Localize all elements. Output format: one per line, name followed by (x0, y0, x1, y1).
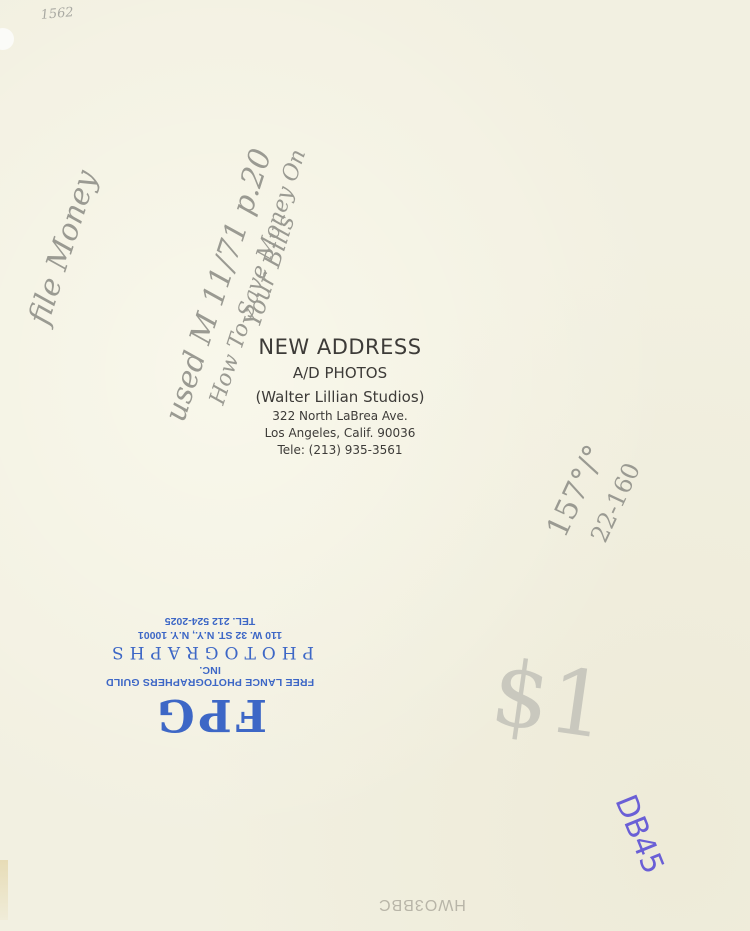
stamp-studio: (Walter Lillian Studios) (240, 388, 440, 406)
pencil-number: 1562 (40, 5, 74, 23)
stamp-street: 322 North LaBrea Ave. (240, 409, 440, 423)
faint-code: HWO3BBC (378, 895, 466, 913)
fpg-guild-name: FREE LANCE PHOTOGRAPHERS GUILD INC. (95, 664, 325, 688)
stamp-company: A/D PHOTOS (240, 364, 440, 382)
fpg-stamp: FPG FREE LANCE PHOTOGRAPHERS GUILD INC. … (95, 615, 325, 738)
stamp-city: Los Angeles, Calif. 90036 (240, 426, 440, 440)
stamp-heading: NEW ADDRESS (240, 335, 440, 359)
new-address-stamp: NEW ADDRESS A/D PHOTOS (Walter Lillian S… (240, 335, 440, 457)
fpg-address: 110 W. 32 ST. N.Y., N.Y. 10001 (95, 629, 325, 641)
fpg-tel: TEL. 212 524-2025 (95, 615, 325, 627)
fpg-photographs: PHOTOGRAPHS (95, 642, 325, 662)
pencil-price-note: $1 (485, 640, 613, 760)
fpg-logo: FPG (95, 690, 325, 738)
tape-stain (0, 860, 8, 920)
stamp-phone: Tele: (213) 935-3561 (240, 443, 440, 457)
